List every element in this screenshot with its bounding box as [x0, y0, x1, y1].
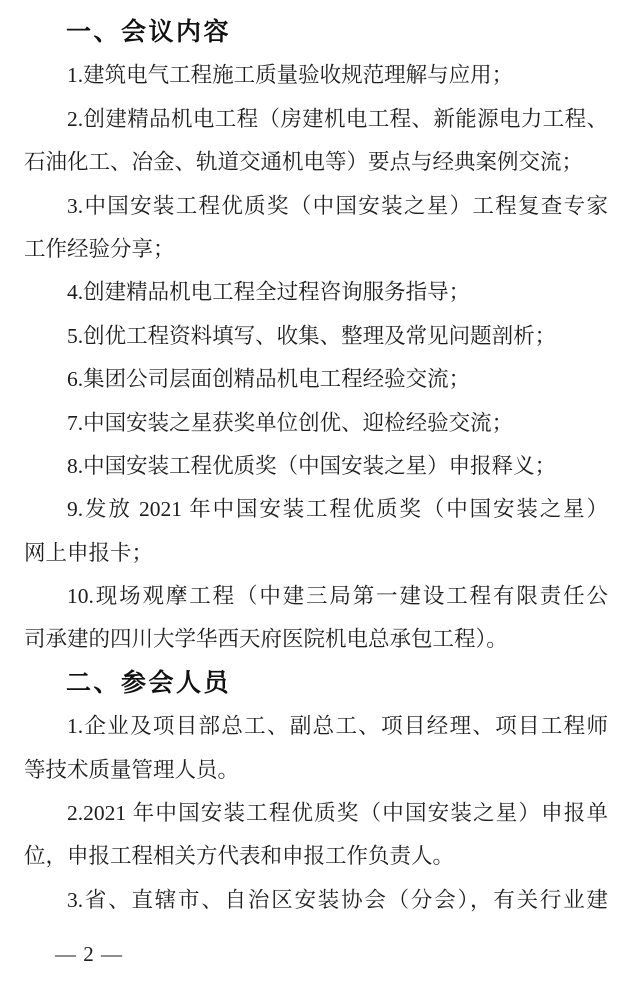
section-2-heading: 二、参会人员 [24, 662, 608, 705]
meeting-content-item-2-line-1: 2.创建精品机电工程（房建机电工程、新能源电力工程、 [24, 98, 608, 141]
meeting-content-item-5: 5.创优工程资料填写、收集、整理及常见问题剖析； [24, 315, 608, 358]
meeting-content-item-4: 4.创建精品机电工程全过程咨询服务指导； [24, 271, 608, 314]
participants-item-2-line-1: 2.2021 年中国安装工程优质奖（中国安装之星）申报单 [24, 792, 608, 835]
meeting-content-item-3-line-2: 工作经验分享； [24, 228, 608, 271]
meeting-content-item-10-line-1: 10.现场观摩工程（中建三局第一建设工程有限责任公 [24, 575, 608, 618]
meeting-content-item-9-line-1: 9.发放 2021 年中国安装工程优质奖（中国安装之星） [24, 488, 608, 531]
page-number: — 2 — [55, 942, 123, 966]
meeting-content-item-8: 8.中国安装工程优质奖（中国安装之星）申报释义； [24, 445, 608, 488]
participants-item-3-line-1: 3.省、直辖市、自治区安装协会（分会），有关行业建 [24, 879, 608, 922]
meeting-content-item-6: 6.集团公司层面创精品机电工程经验交流； [24, 358, 608, 401]
document-page: 一、会议内容 1.建筑电气工程施工质量验收规范理解与应用； 2.创建精品机电工程… [0, 0, 620, 992]
participants-item-1-line-1: 1.企业及项目部总工、副总工、项目经理、项目工程师 [24, 705, 608, 748]
meeting-content-item-7: 7.中国安装之星获奖单位创优、迎检经验交流； [24, 402, 608, 445]
meeting-content-item-10-line-2: 司承建的四川大学华西天府医院机电总承包工程）。 [24, 618, 608, 661]
meeting-content-item-1: 1.建筑电气工程施工质量验收规范理解与应用； [24, 54, 608, 97]
participants-item-2-line-2: 位，申报工程相关方代表和申报工作负责人。 [24, 835, 608, 878]
participants-item-1-line-2: 等技术质量管理人员。 [24, 749, 608, 792]
meeting-content-item-3-line-1: 3.中国安装工程优质奖（中国安装之星）工程复查专家 [24, 185, 608, 228]
section-1-heading: 一、会议内容 [24, 11, 608, 54]
page-footer: — 2 — [24, 942, 608, 966]
meeting-content-item-2-line-2: 石油化工、冶金、轨道交通机电等）要点与经典案例交流； [24, 141, 608, 184]
meeting-content-item-9-line-2: 网上申报卡； [24, 532, 608, 575]
